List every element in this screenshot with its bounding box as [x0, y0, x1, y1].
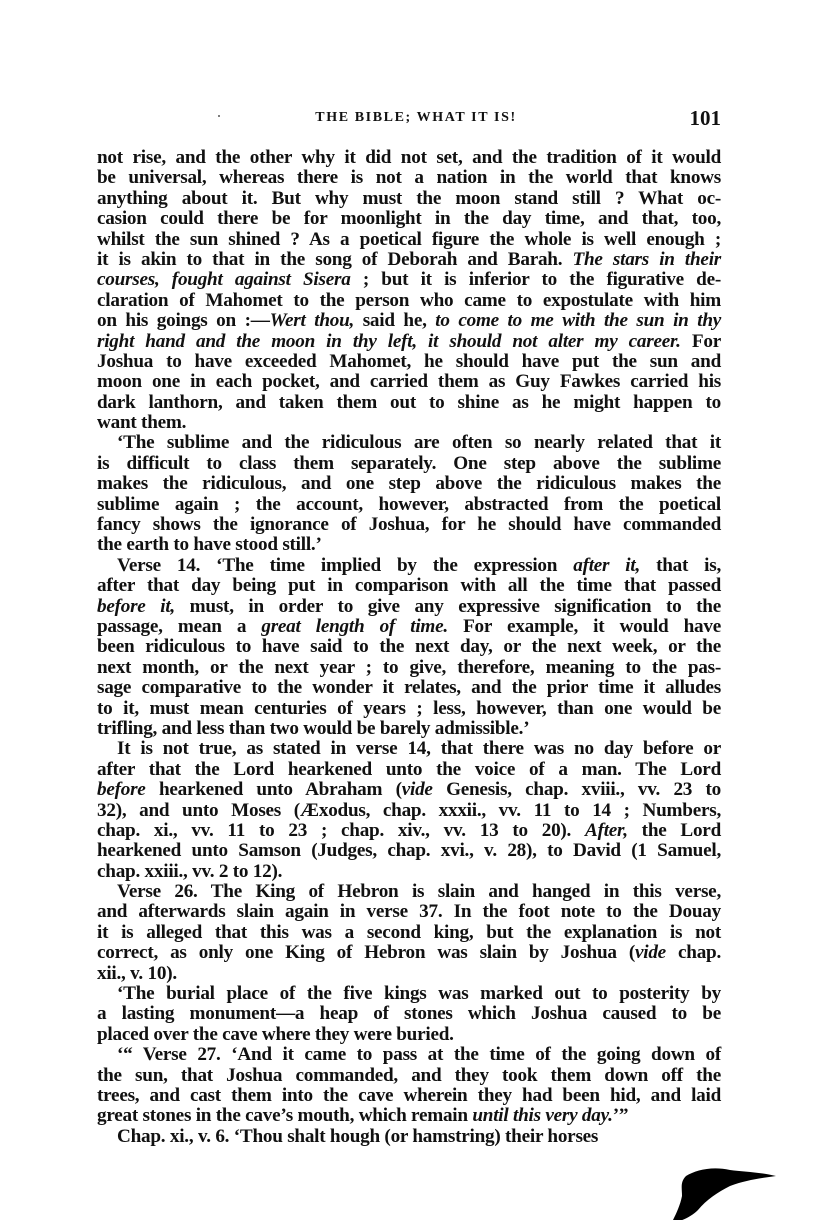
text-run: ’” [613, 1105, 628, 1126]
text-line: it is alleged that this was a second kin… [97, 923, 721, 943]
text-line: be universal, whereas there is not a nat… [97, 168, 721, 188]
text-run: it is akin to that in the song of Debora… [97, 249, 573, 270]
text-line: to it, must mean centuries of years ; le… [97, 699, 721, 719]
text-line: next month, or the next year ; to give, … [97, 658, 721, 678]
text-run: Verse 14. ‘The time implied by the expre… [117, 555, 573, 576]
italic-text: after it, [573, 555, 640, 576]
text-run: the Lord [628, 820, 721, 841]
text-line: anything about it. But why must the moon… [97, 189, 721, 209]
text-line: before it, must, in order to give any ex… [97, 597, 721, 617]
text-line: casion could there be for moonlight in t… [97, 209, 721, 229]
italic-text: vide [635, 942, 666, 963]
text-line: dark lanthorn, and taken them out to shi… [97, 393, 721, 413]
text-run: want them. [97, 412, 186, 433]
text-run: fancy shows the ignorance of Joshua, for… [97, 514, 721, 535]
text-run: Verse 26. The King of Hebron is slain an… [117, 881, 721, 902]
italic-text: courses, fought against Sisera [97, 269, 351, 290]
text-line: ‘“ Verse 27. ‘And it came to pass at the… [97, 1045, 721, 1065]
text-line: Verse 14. ‘The time implied by the expre… [97, 556, 721, 576]
text-run: and afterwards slain again in verse 37. … [97, 901, 721, 922]
text-line: hearkened unto Samson (Judges, chap. xvi… [97, 841, 721, 861]
text-line: courses, fought against Sisera ; but it … [97, 270, 721, 290]
text-line: Joshua to have exceeded Mahomet, he shou… [97, 352, 721, 372]
text-line: Chap. xi., v. 6. ‘Thou shalt hough (or h… [97, 1127, 721, 1147]
text-line: ‘The sublime and the ridiculous are ofte… [97, 433, 721, 453]
text-line: placed over the cave where they were bur… [97, 1025, 721, 1045]
text-run: xii., v. 10). [97, 963, 177, 984]
italic-text: The stars in their [573, 249, 721, 270]
text-line: been ridiculous to have said to the next… [97, 637, 721, 657]
text-run: trees, and cast them into the cave where… [97, 1085, 721, 1106]
text-line: the sun, that Joshua commanded, and they… [97, 1066, 721, 1086]
text-line: ‘The burial place of the five kings was … [97, 984, 721, 1004]
text-line: sublime again ; the account, however, ab… [97, 495, 721, 515]
text-line: a lasting monument—a heap of stones whic… [97, 1004, 721, 1024]
text-run: Chap. xi., v. 6. ‘Thou shalt hough (or h… [117, 1126, 598, 1147]
text-line: and afterwards slain again in verse 37. … [97, 902, 721, 922]
text-line: not rise, and the other why it did not s… [97, 148, 721, 168]
scan-speck [218, 115, 220, 117]
text-line: want them. [97, 413, 721, 433]
text-run: a lasting monument—a heap of stones whic… [97, 1003, 721, 1024]
text-run: great stones in the cave’s mouth, which … [97, 1105, 472, 1126]
italic-text: before it, [97, 596, 175, 617]
italic-text: After, [585, 820, 628, 841]
text-line: fancy shows the ignorance of Joshua, for… [97, 515, 721, 535]
text-run: ‘The sublime and the ridiculous are ofte… [117, 432, 721, 453]
text-run: after that day being put in comparison w… [97, 575, 721, 596]
text-run: been ridiculous to have said to the next… [97, 636, 721, 657]
text-run: sublime again ; the account, however, ab… [97, 494, 721, 515]
text-run: not rise, and the other why it did not s… [97, 147, 721, 168]
text-line: great stones in the cave’s mouth, which … [97, 1106, 721, 1126]
text-run: dark lanthorn, and taken them out to shi… [97, 392, 721, 413]
running-head: THE BIBLE; WHAT IT IS! 101 [97, 106, 721, 132]
ink-blot-icon [672, 1166, 782, 1220]
italic-text: right hand and the moon in thy left, it … [97, 331, 681, 352]
text-run: ‘“ Verse 27. ‘And it came to pass at the… [117, 1044, 721, 1065]
text-line: before hearkened unto Abraham (vide Gene… [97, 780, 721, 800]
text-run: trifling, and less than two would be bar… [97, 718, 529, 739]
text-line: Verse 26. The King of Hebron is slain an… [97, 882, 721, 902]
text-run: anything about it. But why must the moon… [97, 188, 721, 209]
text-run: the earth to have stood still.’ [97, 534, 322, 555]
italic-text: great length of time. [261, 616, 448, 637]
text-line: moon one in each pocket, and carried the… [97, 372, 721, 392]
text-run: correct, as only one King of Hebron was … [97, 942, 635, 963]
text-run: to it, must mean centuries of years ; le… [97, 698, 721, 719]
page-number: 101 [690, 106, 722, 131]
running-title: THE BIBLE; WHAT IT IS! [97, 110, 721, 126]
text-run: be universal, whereas there is not a nat… [97, 167, 721, 188]
text-line: the earth to have stood still.’ [97, 535, 721, 555]
text-run: the sun, that Joshua commanded, and they… [97, 1065, 721, 1086]
text-run: placed over the cave where they were bur… [97, 1024, 454, 1045]
text-line: correct, as only one King of Hebron was … [97, 943, 721, 963]
text-line: is difficult to class them separately. O… [97, 454, 721, 474]
text-run: it is alleged that this was a second kin… [97, 922, 721, 943]
text-line: sage comparative to the wonder it relate… [97, 678, 721, 698]
text-run: For example, it would have [448, 616, 721, 637]
text-run: chap. xi., vv. 11 to 23 ; chap. xiv., vv… [97, 820, 585, 841]
text-run: on his goings on :— [97, 310, 270, 331]
text-run: claration of Mahomet to the person who c… [97, 290, 721, 311]
text-line: on his goings on :—Wert thou, said he, t… [97, 311, 721, 331]
text-run: said he, [354, 310, 435, 331]
text-run: It is not true, as stated in verse 14, t… [117, 738, 721, 759]
text-line: passage, mean a great length of time. Fo… [97, 617, 721, 637]
text-run: casion could there be for moonlight in t… [97, 208, 721, 229]
text-run: hearkened unto Samson (Judges, chap. xvi… [97, 840, 721, 861]
text-line: xii., v. 10). [97, 964, 721, 984]
italic-text: to come to me with the sun in thy [435, 310, 721, 331]
text-line: makes the ridiculous, and one step above… [97, 474, 721, 494]
book-page: THE BIBLE; WHAT IT IS! 101 not rise, and… [0, 0, 836, 1220]
text-run: whilst the sun shined ? As a poetical fi… [97, 229, 721, 250]
italic-text: until this very day. [472, 1105, 612, 1126]
text-run: moon one in each pocket, and carried the… [97, 371, 721, 392]
text-line: chap. xi., vv. 11 to 23 ; chap. xiv., vv… [97, 821, 721, 841]
text-run: chap. [666, 942, 721, 963]
text-line: it is akin to that in the song of Debora… [97, 250, 721, 270]
text-run: is difficult to class them separately. O… [97, 453, 721, 474]
text-line: claration of Mahomet to the person who c… [97, 291, 721, 311]
text-run: 32), and unto Moses (Æxodus, chap. xxxii… [97, 800, 721, 821]
text-run: chap. xxiii., vv. 2 to 12). [97, 861, 282, 882]
text-line: trifling, and less than two would be bar… [97, 719, 721, 739]
text-run: sage comparative to the wonder it relate… [97, 677, 721, 698]
italic-text: Wert thou, [270, 310, 354, 331]
text-line: chap. xxiii., vv. 2 to 12). [97, 862, 721, 882]
text-line: after that day being put in comparison w… [97, 576, 721, 596]
body-text: not rise, and the other why it did not s… [97, 148, 721, 1147]
text-run: makes the ridiculous, and one step above… [97, 473, 721, 494]
text-run: For [681, 331, 721, 352]
text-line: 32), and unto Moses (Æxodus, chap. xxxii… [97, 801, 721, 821]
text-run: Genesis, chap. xviii., vv. 23 to [433, 779, 721, 800]
text-line: after that the Lord hearkened unto the v… [97, 760, 721, 780]
text-run: that is, [640, 555, 721, 576]
text-run: Joshua to have exceeded Mahomet, he shou… [97, 351, 721, 372]
text-line: right hand and the moon in thy left, it … [97, 332, 721, 352]
italic-text: vide [402, 779, 433, 800]
text-run: must, in order to give any expressive si… [175, 596, 721, 617]
text-run: after that the Lord hearkened unto the v… [97, 759, 721, 780]
text-line: whilst the sun shined ? As a poetical fi… [97, 230, 721, 250]
text-run: next month, or the next year ; to give, … [97, 657, 721, 678]
text-line: It is not true, as stated in verse 14, t… [97, 739, 721, 759]
text-run: passage, mean a [97, 616, 261, 637]
text-run: ‘The burial place of the five kings was … [117, 983, 721, 1004]
text-run: hearkened unto Abraham ( [146, 779, 402, 800]
text-run: ; but it is inferior to the figurative d… [351, 269, 721, 290]
text-line: trees, and cast them into the cave where… [97, 1086, 721, 1106]
italic-text: before [97, 779, 146, 800]
